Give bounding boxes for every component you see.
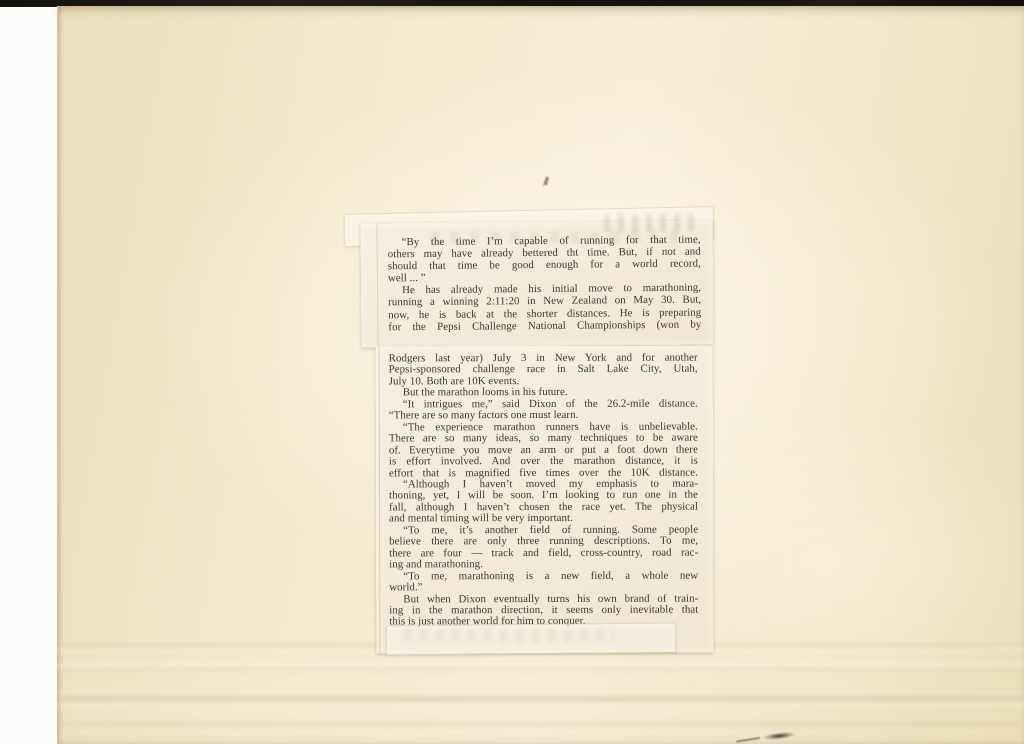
clipping-text-column: Rodgers last year) July 3 in New York an…: [389, 353, 699, 629]
newspaper-clipping-top-piece: “By the time I’m capable of running for …: [360, 220, 713, 347]
scanned-album-page: “By the time I’m capable of running for …: [0, 0, 1024, 744]
page-crease: [58, 662, 1024, 671]
clipping-text-column: “By the time I’m capable of running for …: [388, 234, 702, 333]
page-crease: [58, 692, 1024, 707]
tape-strip-bottom: [386, 622, 676, 655]
clipping-text-line: “To me, marathoning is a new field, a wh…: [389, 570, 698, 582]
newspaper-clipping-bottom-piece: Rodgers last year) July 3 in New York an…: [376, 346, 714, 654]
page-crease: [58, 720, 1024, 729]
clipping-text-line: for the Pepsi Challenge National Champio…: [388, 318, 701, 333]
